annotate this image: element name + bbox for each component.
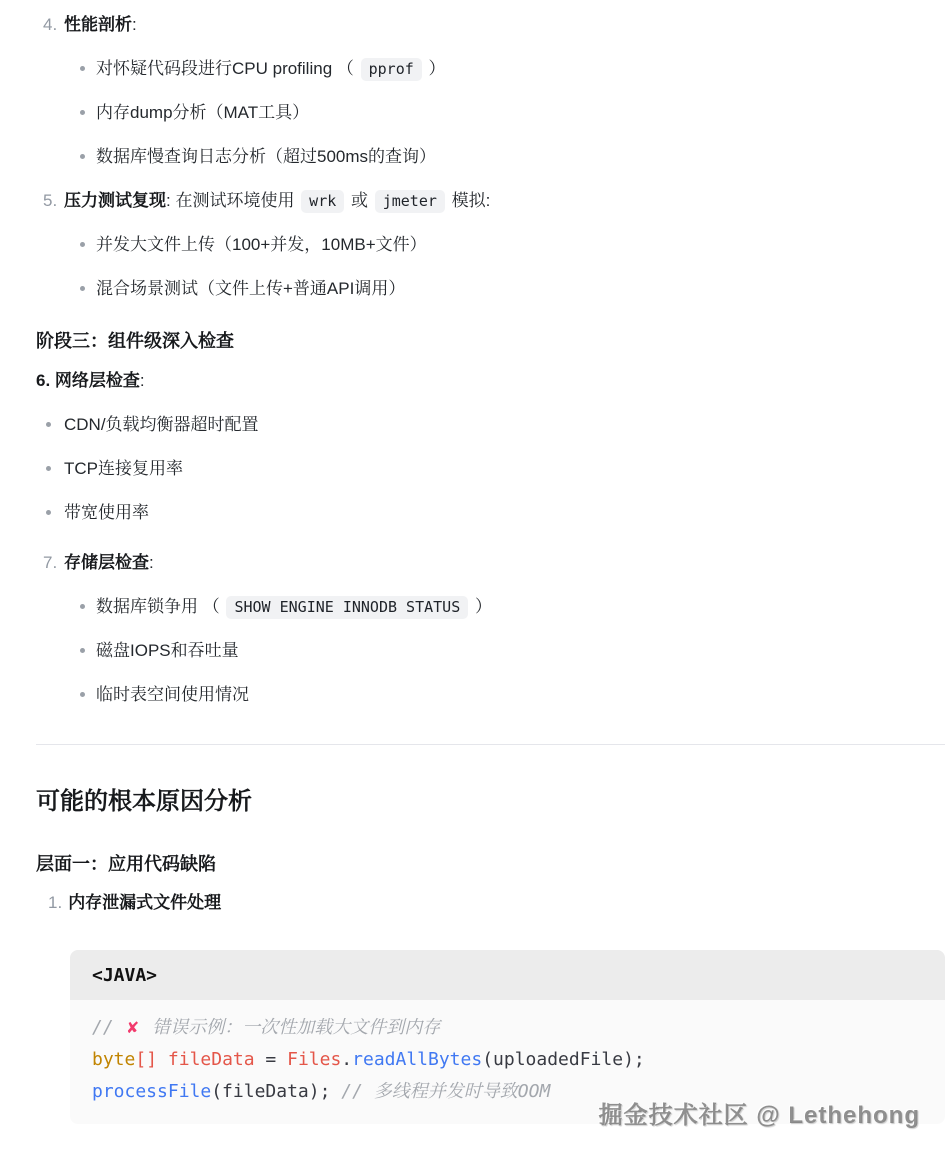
list-number: 5. [43, 190, 58, 212]
bullet-item-concurrent-upload: 并发大文件上传（100+并发，10MB+文件） [36, 234, 945, 256]
list-item-text: 内存泄漏式文件处理 [68, 893, 221, 912]
bullet-item-tcp-reuse: TCP连接复用率 [36, 458, 945, 480]
root-cause-heading: 可能的根本原因分析 [36, 787, 945, 817]
list-number: 4. [43, 14, 58, 36]
list-item-memory-leak: 1.内存泄漏式文件处理 [36, 892, 945, 914]
bullet-item-slow-query-log: 数据库慢查询日志分析（超过500ms的查询） [36, 146, 945, 168]
paragraph-network-check: 6. 网络层检查: [36, 369, 945, 392]
bullet-list-profiling: 对怀疑代码段进行CPU profiling （ pprof ） 内存dump分析… [36, 58, 945, 168]
list-item-stress-test: 5.压力测试复现: 在测试环境使用 wrk 或 jmeter 模拟: [36, 190, 945, 212]
bullet-item-temp-table: 临时表空间使用情况 [36, 684, 945, 706]
bullet-item-memory-dump: 内存dump分析（MAT工具） [36, 102, 945, 124]
layer1-heading: 层面一：应用代码缺陷 [36, 853, 945, 876]
code-body: // ✘ 错误示例：一次性加载大文件到内存 byte[] fileData = … [70, 1000, 945, 1124]
bullet-item-mixed-scenario: 混合场景测试（文件上传+普通API调用） [36, 278, 945, 300]
bullet-list-network: CDN/负载均衡器超时配置 TCP连接复用率 带宽使用率 [36, 414, 945, 524]
bullet-list-storage: 数据库锁争用 （ SHOW ENGINE INNODB STATUS ） 磁盘I… [36, 596, 945, 706]
article-content: 4.性能剖析: 对怀疑代码段进行CPU profiling （ pprof ） … [0, 0, 951, 1124]
list-number: 7. [43, 552, 58, 574]
code-line-read-bytes: byte[] fileData = Files.readAllBytes(upl… [92, 1044, 923, 1076]
code-line-comment: // ✘ 错误示例：一次性加载大文件到内存 [92, 1012, 923, 1044]
list-number: 1. [48, 892, 62, 914]
code-line-process-file: processFile(fileData); // 多线程并发时导致OOM [92, 1076, 923, 1108]
stage3-heading: 阶段三：组件级深入检查 [36, 330, 945, 353]
bullet-item-cdn-lb-timeout: CDN/负载均衡器超时配置 [36, 414, 945, 436]
list-item-text: 存储层检查: [64, 553, 154, 572]
code-language-label: <JAVA> [70, 950, 945, 1000]
bullet-item-cpu-profiling: 对怀疑代码段进行CPU profiling （ pprof ） [36, 58, 945, 80]
list-item-performance-profiling: 4.性能剖析: [36, 14, 945, 36]
list-item-storage-check: 7.存储层检查: [36, 552, 945, 574]
code-block: <JAVA> // ✘ 错误示例：一次性加载大文件到内存 byte[] file… [70, 950, 945, 1124]
bullet-list-stress-test: 并发大文件上传（100+并发，10MB+文件） 混合场景测试（文件上传+普通AP… [36, 234, 945, 300]
bullet-item-bandwidth: 带宽使用率 [36, 502, 945, 524]
list-item-text: 压力测试复现: 在测试环境使用 wrk 或 jmeter 模拟: [64, 191, 490, 210]
bullet-item-db-lock: 数据库锁争用 （ SHOW ENGINE INNODB STATUS ） [36, 596, 945, 618]
bullet-item-disk-iops: 磁盘IOPS和吞吐量 [36, 640, 945, 662]
section-divider [36, 744, 945, 745]
list-item-text: 性能剖析: [64, 15, 137, 34]
